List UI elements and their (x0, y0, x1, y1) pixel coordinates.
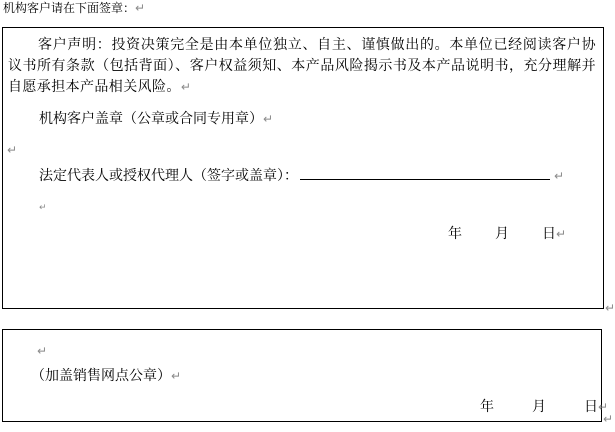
day-group: 日↵ (542, 224, 566, 245)
year-label: 年 (480, 397, 494, 418)
paragraph-mark-icon: ↵ (171, 369, 181, 383)
paragraph-mark-icon: ↵ (556, 227, 566, 241)
paragraph-mark-icon: ↵ (263, 112, 273, 126)
document-page: 机构客户请在下面签章：↵ 客户声明：投资决策完全是由本单位独立、自主、谨慎做出的… (0, 0, 615, 432)
sales-outlet-seal-line: （加盖销售网点公章）↵ (31, 366, 181, 387)
paragraph-mark-icon: ↵ (7, 143, 17, 157)
date-line: 年 月 日↵ (3, 224, 566, 245)
day-label: 日 (542, 227, 556, 242)
legal-representative-signature-label: 法定代表人或授权代理人（签字或盖章）： (39, 169, 298, 184)
year-label: 年 (448, 224, 462, 245)
page-instruction-text: 机构客户请在下面签章： (3, 1, 135, 15)
institution-seal-line: 机构客户盖章（公章或合同专用章）↵ (39, 109, 273, 130)
date-line: 年 月 日↵ (3, 397, 608, 418)
institutional-client-signature-box: 客户声明：投资决策完全是由本单位独立、自主、谨慎做出的。本单位已经阅读客户协议书… (2, 27, 604, 309)
paragraph-mark-icon: ↵ (39, 203, 47, 213)
paragraph-mark-icon: ↵ (181, 80, 191, 94)
sales-outlet-seal-label: （加盖销售网点公章） (31, 369, 171, 384)
month-label: 月 (532, 397, 546, 418)
empty-paragraph-line: ↵ (7, 140, 17, 161)
legal-representative-signature-line: 法定代表人或授权代理人（签字或盖章）：↵ (39, 165, 564, 187)
signature-blank-line[interactable] (300, 165, 550, 180)
sales-outlet-seal-box: ↵ （加盖销售网点公章）↵ 年 月 日↵ (2, 329, 602, 422)
paragraph-mark-icon: ↵ (554, 169, 564, 183)
paragraph-mark-icon: ↵ (603, 413, 613, 425)
institution-seal-label: 机构客户盖章（公章或合同专用章） (39, 112, 263, 127)
page-instruction-line: 机构客户请在下面签章：↵ (3, 1, 145, 16)
client-declaration-paragraph: 客户声明：投资决策完全是由本单位独立、自主、谨慎做出的。本单位已经阅读客户协议书… (8, 35, 596, 98)
empty-paragraph-line: ↵ (39, 196, 47, 219)
paragraph-mark-icon: ↵ (37, 344, 47, 358)
client-declaration-text: 客户声明：投资决策完全是由本单位独立、自主、谨慎做出的。本单位已经阅读客户协议书… (8, 38, 596, 95)
empty-paragraph-line: ↵ (37, 341, 47, 362)
month-label: 月 (495, 224, 509, 245)
paragraph-mark-icon: ↵ (605, 302, 615, 314)
paragraph-mark-icon: ↵ (135, 1, 145, 15)
day-label: 日 (584, 400, 598, 415)
